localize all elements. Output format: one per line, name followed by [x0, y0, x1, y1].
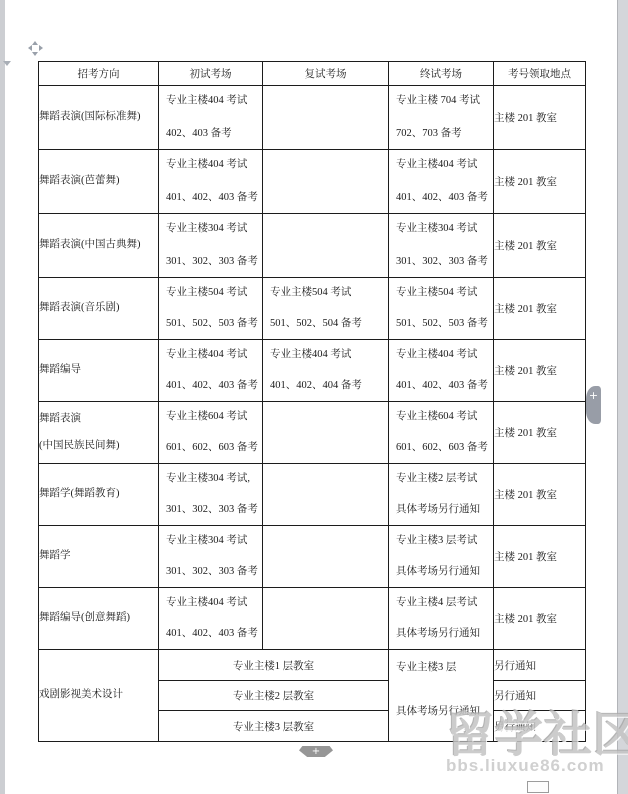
table-row: 舞蹈编导(创意舞蹈) 专业主楼404 考试401、402、403 备考 专业主楼…: [39, 588, 586, 650]
table-row: 舞蹈编导 专业主楼404 考试401、402、403 备考 专业主楼404 考试…: [39, 340, 586, 402]
location-cell: 主楼 201 教室: [494, 464, 586, 526]
retest-exam-cell: [263, 588, 389, 650]
table-move-handle-icon[interactable]: [29, 42, 42, 55]
arrow-right-icon: [39, 45, 43, 51]
final-exam-cell: 专业主楼504 考试501、502、503 备考: [389, 278, 494, 340]
table-row: 戏剧影视美术设计 专业主楼1 层教室 专业主楼3 层具体考场另行通知 另行通知: [39, 650, 586, 681]
header-retest-exam: 复试考场: [263, 62, 389, 86]
table-header-row: 招考方向 初试考场 复试考场 终试考场 考号领取地点: [39, 62, 586, 86]
location-cell: 另行通知: [494, 681, 586, 711]
retest-exam-cell: [263, 526, 389, 588]
final-exam-cell: 专业主楼4 层考试具体考场另行通知: [389, 588, 494, 650]
retest-exam-cell: 专业主楼504 考试501、502、504 备考: [263, 278, 389, 340]
location-cell: 主楼 201 教室: [494, 402, 586, 464]
location-cell: 主楼 201 教室: [494, 340, 586, 402]
table-row: 舞蹈表演(芭蕾舞) 专业主楼404 考试401、402、403 备考 专业主楼4…: [39, 150, 586, 214]
location-cell: 主楼 201 教室: [494, 150, 586, 214]
table-row: 舞蹈学 专业主楼304 考试301、302、303 备考 专业主楼3 层考试具体…: [39, 526, 586, 588]
plus-icon: +: [312, 747, 320, 757]
first-exam-cell: 专业主楼304 考试301、302、303 备考: [159, 526, 263, 588]
final-exam-cell: 专业主楼404 考试401、402、403 备考: [389, 340, 494, 402]
table-row: 舞蹈学(舞蹈教育) 专业主楼304 考试,301、302、303 备考 专业主楼…: [39, 464, 586, 526]
header-final-exam: 终试考场: [389, 62, 494, 86]
direction-cell: 舞蹈编导(创意舞蹈): [39, 588, 159, 650]
margin-caret-icon: [3, 61, 11, 66]
direction-cell: 舞蹈编导: [39, 340, 159, 402]
final-exam-cell: 专业主楼2 层考试具体考场另行通知: [389, 464, 494, 526]
watermark-url: bbs.liuxue86.com: [446, 757, 628, 774]
first-exam-cell: 专业主楼404 考试401、402、403 备考: [159, 340, 263, 402]
first-exam-cell: 专业主楼404 考试402、403 备考: [159, 86, 263, 150]
arrow-down-icon: [32, 52, 38, 56]
page-left-edge: [0, 0, 5, 794]
location-cell: 主楼 201 教室: [494, 278, 586, 340]
retest-exam-cell: [263, 150, 389, 214]
plus-icon: +: [589, 389, 598, 402]
exam-room-table: 招考方向 初试考场 复试考场 终试考场 考号领取地点 舞蹈表演(国际标准舞) 专…: [38, 61, 586, 742]
final-exam-cell: 专业主楼304 考试301、302、303 备考: [389, 214, 494, 278]
direction-cell: 舞蹈表演(芭蕾舞): [39, 150, 159, 214]
first-exam-cell: 专业主楼304 考试301、302、303 备考: [159, 214, 263, 278]
retest-exam-cell: [263, 86, 389, 150]
page-marker: [527, 781, 549, 793]
table-row: 舞蹈表演(中国古典舞) 专业主楼304 考试301、302、303 备考 专业主…: [39, 214, 586, 278]
header-first-exam: 初试考场: [159, 62, 263, 86]
location-cell: 主楼 201 教室: [494, 588, 586, 650]
document-page: 招考方向 初试考场 复试考场 终试考场 考号领取地点 舞蹈表演(国际标准舞) 专…: [0, 0, 628, 794]
first-exam-cell: 专业主楼504 考试501、502、503 备考: [159, 278, 263, 340]
final-exam-cell: 专业主楼404 考试401、402、403 备考: [389, 150, 494, 214]
retest-exam-cell: 专业主楼404 考试401、402、404 备考: [263, 340, 389, 402]
first-exam-cell: 专业主楼404 考试401、402、403 备考: [159, 588, 263, 650]
direction-cell: 舞蹈表演(国际标准舞): [39, 86, 159, 150]
retest-exam-cell: [263, 464, 389, 526]
table-row: 舞蹈表演(中国民族民间舞) 专业主楼604 考试601、602、603 备考 专…: [39, 402, 586, 464]
location-cell: 主楼 201 教室: [494, 526, 586, 588]
header-ticket-location: 考号领取地点: [494, 62, 586, 86]
direction-cell: 舞蹈学(舞蹈教育): [39, 464, 159, 526]
arrow-up-icon: [32, 41, 38, 45]
direction-cell: 戏剧影视美术设计: [39, 650, 159, 742]
retest-exam-cell: [263, 402, 389, 464]
direction-cell: 舞蹈表演(中国古典舞): [39, 214, 159, 278]
final-exam-cell: 专业主楼3 层具体考场另行通知: [389, 650, 494, 742]
location-cell: 主楼 201 教室: [494, 214, 586, 278]
table-row: 舞蹈表演(国际标准舞) 专业主楼404 考试402、403 备考 专业主楼 70…: [39, 86, 586, 150]
location-cell: 主楼 201 教室: [494, 86, 586, 150]
location-cell: 另行通知: [494, 650, 586, 681]
first-exam-cell: 专业主楼404 考试401、402、403 备考: [159, 150, 263, 214]
exam-room-merged-cell: 专业主楼3 层教室: [159, 711, 389, 742]
first-exam-cell: 专业主楼604 考试601、602、603 备考: [159, 402, 263, 464]
side-panel-handle[interactable]: +: [586, 386, 601, 424]
page-right-edge: [617, 0, 628, 794]
exam-room-merged-cell: 专业主楼2 层教室: [159, 681, 389, 711]
direction-cell: 舞蹈学: [39, 526, 159, 588]
header-direction: 招考方向: [39, 62, 159, 86]
direction-cell: 舞蹈表演(音乐剧): [39, 278, 159, 340]
exam-room-merged-cell: 专业主楼1 层教室: [159, 650, 389, 681]
final-exam-cell: 专业主楼 704 考试702、703 备考: [389, 86, 494, 150]
table-row: 舞蹈表演(音乐剧) 专业主楼504 考试501、502、503 备考 专业主楼5…: [39, 278, 586, 340]
final-exam-cell: 专业主楼3 层考试具体考场另行通知: [389, 526, 494, 588]
final-exam-cell: 专业主楼604 考试601、602、603 备考: [389, 402, 494, 464]
first-exam-cell: 专业主楼304 考试,301、302、303 备考: [159, 464, 263, 526]
page-break-toggle-button[interactable]: +: [299, 746, 333, 757]
retest-exam-cell: [263, 214, 389, 278]
direction-cell: 舞蹈表演(中国民族民间舞): [39, 402, 159, 464]
location-cell: 另行通知: [494, 711, 586, 742]
arrow-left-icon: [28, 45, 32, 51]
